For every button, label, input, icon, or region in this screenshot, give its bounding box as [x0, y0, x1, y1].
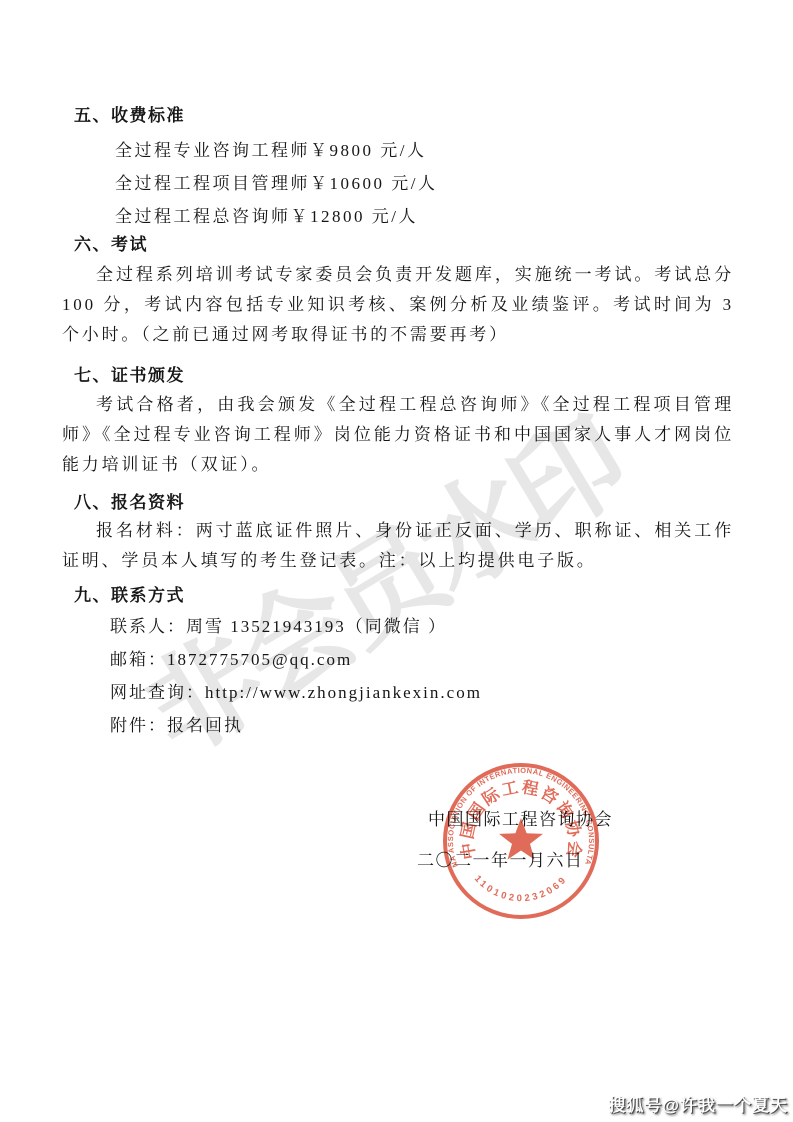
seal-serial-number: 1101020232069 [472, 873, 570, 904]
section-heading-contact: 九、联系方式 [74, 581, 185, 611]
official-seal: CHINA ASSOCIATION OF INTERNATIONAL ENGIN… [436, 756, 606, 926]
exam-paragraph: 全过程系列培训考试专家委员会负责开发题库，实施统一考试。考试总分 100 分，考… [62, 260, 734, 350]
contact-list: 联系人：周雪 13521943193（同微信 ） 邮箱：1872775705@q… [110, 610, 482, 742]
section-heading-certificate: 七、证书颁发 [74, 361, 185, 391]
contact-person-line: 联系人：周雪 13521943193（同微信 ） [110, 610, 482, 643]
section-heading-exam: 六、考试 [74, 230, 148, 260]
section-heading-fees: 五、收费标准 [74, 101, 185, 131]
fee-item: 全过程工程总咨询师￥12800 元/人 [115, 200, 437, 233]
contact-website-line: 网址查询：http://www.zhongjiankexin.com [110, 676, 482, 709]
section-heading-materials: 八、报名资料 [74, 488, 185, 518]
document-page: 非会员水印 五、收费标准 全过程专业咨询工程师￥9800 元/人 全过程工程项目… [0, 0, 793, 1122]
fee-item: 全过程专业咨询工程师￥9800 元/人 [115, 134, 437, 167]
certificate-paragraph: 考试合格者，由我会颁发《全过程工程总咨询师》《全过程工程项目管理师》《全过程专业… [62, 390, 734, 480]
fee-list: 全过程专业咨询工程师￥9800 元/人 全过程工程项目管理师￥10600 元/人… [115, 134, 437, 233]
contact-email-line: 邮箱：1872775705@qq.com [110, 643, 482, 676]
contact-attachment-line: 附件：报名回执 [110, 709, 482, 742]
star-icon [499, 818, 543, 860]
svg-text:1101020232069: 1101020232069 [472, 873, 570, 904]
materials-paragraph: 报名材料：两寸蓝底证件照片、身份证正反面、学历、职称证、相关工作证明、学员本人填… [62, 516, 734, 576]
fee-item: 全过程工程项目管理师￥10600 元/人 [115, 167, 437, 200]
sohu-watermark: 搜狐号@许我一个夏天 [608, 1091, 788, 1116]
